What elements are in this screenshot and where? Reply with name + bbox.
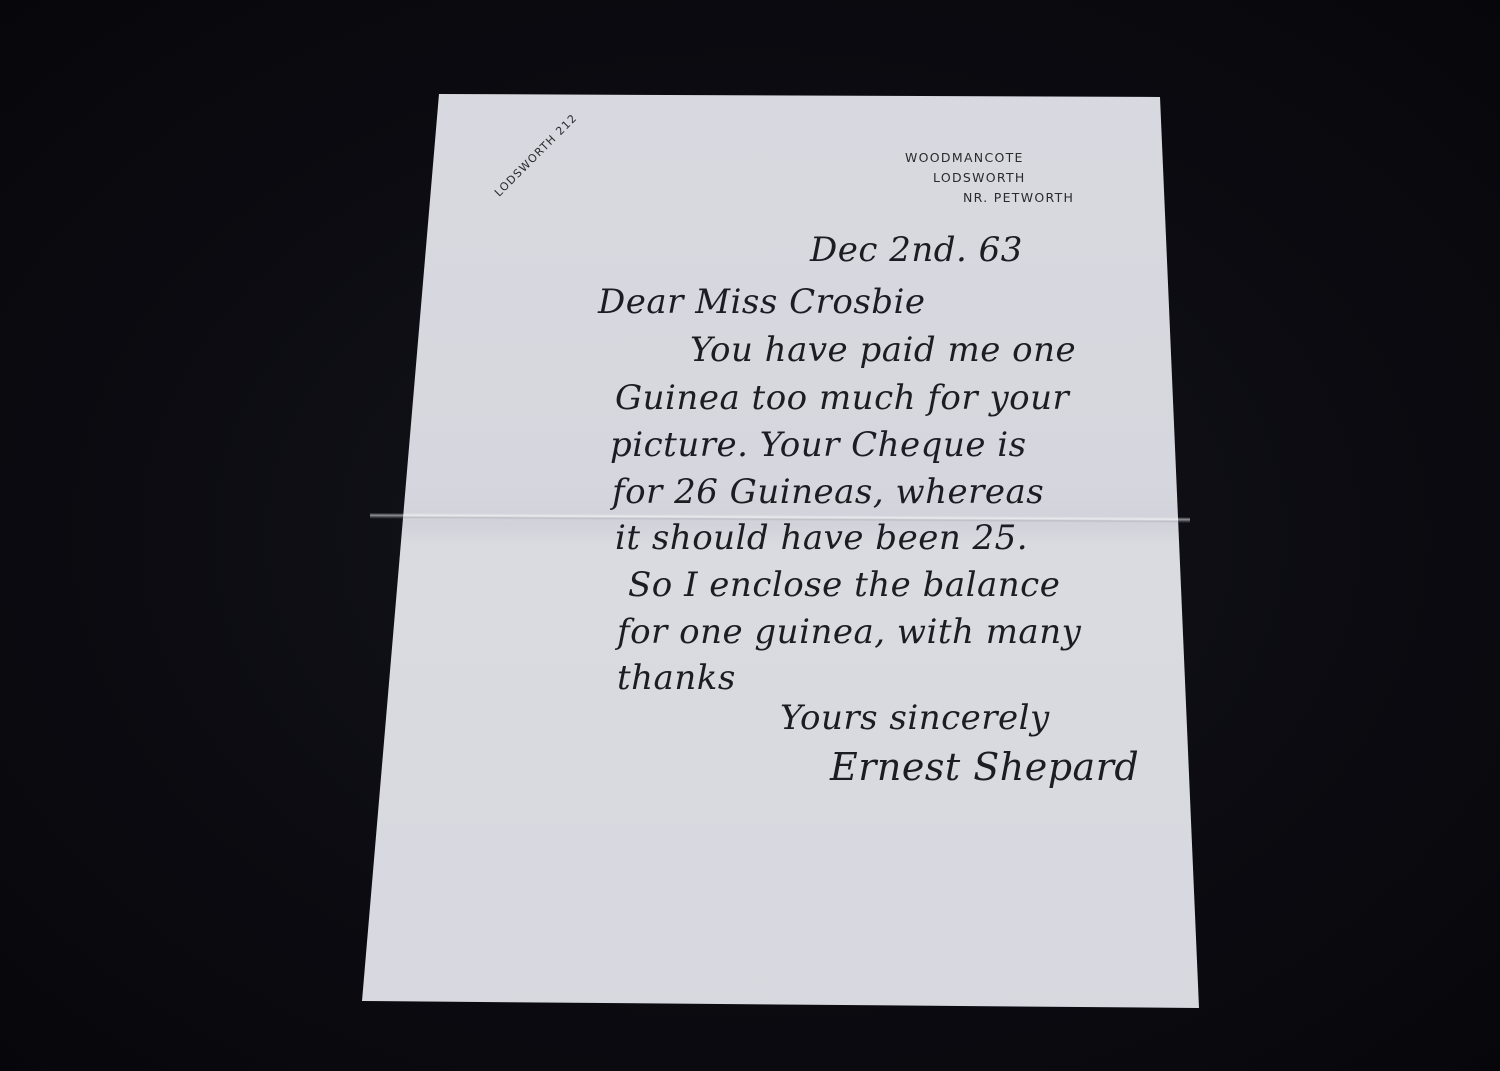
address-line-village: LODSWORTH [933,168,1074,188]
letter-body-line: for 26 Guineas, whereas [612,472,1044,512]
letter-body-line: So I enclose the balance [628,565,1060,605]
address-line-town: NR. PETWORTH [963,188,1074,208]
letter-signature: Ernest Shepard [830,745,1139,789]
letter-body-line: You have paid me one [690,330,1076,370]
letter-date: Dec 2nd. 63 [810,230,1023,270]
letterhead-address: WOODMANCOTE LODSWORTH NR. PETWORTH [905,148,1074,208]
letter-body-line: picture. Your Cheque is [610,425,1027,465]
letter-body-line: for one guinea, with many [617,612,1081,652]
letter-body-line: it should have been 25. [615,518,1028,558]
letter-body-line: Guinea too much for your [615,378,1069,418]
letter-body-line: thanks [617,658,736,698]
address-line-house: WOODMANCOTE [905,148,1074,168]
letter-closing: Yours sincerely [780,698,1050,738]
letter-salutation: Dear Miss Crosbie [598,282,926,322]
